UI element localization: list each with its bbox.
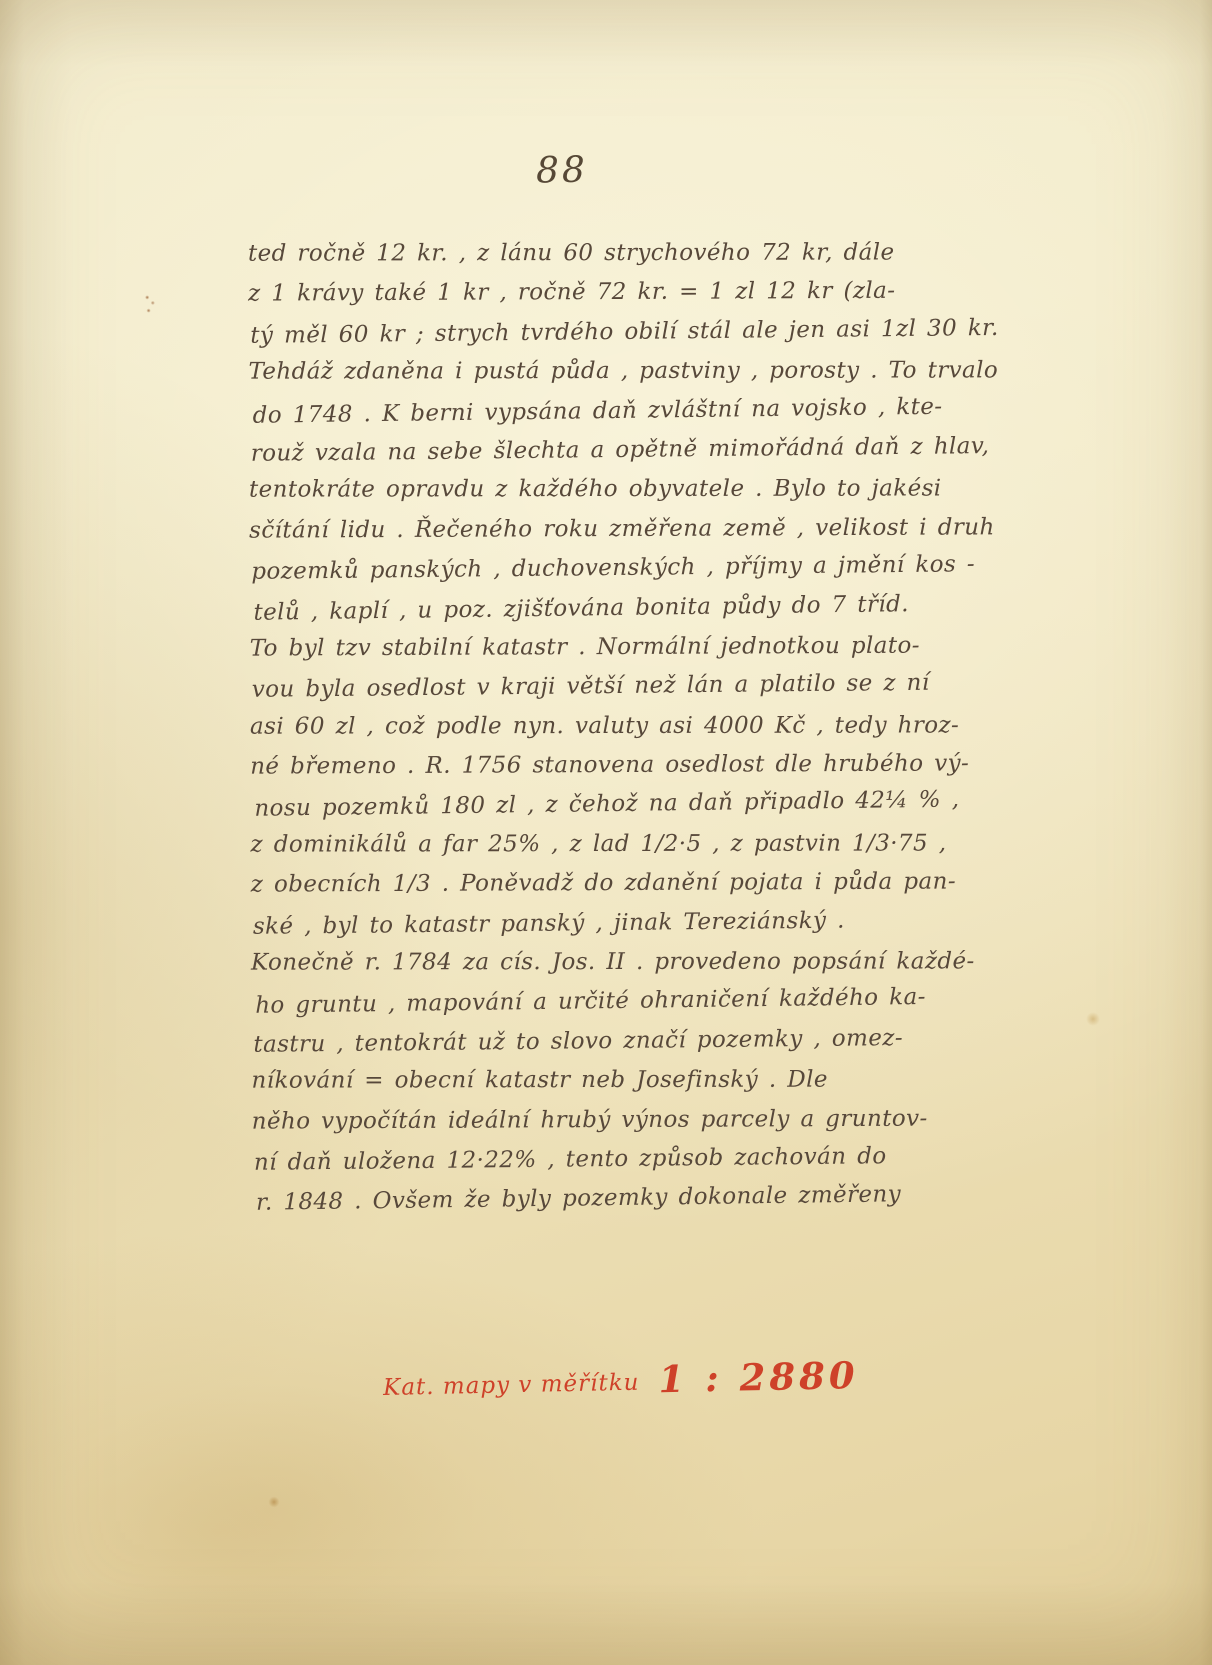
paper-stain (60, 1380, 480, 1640)
manuscript-line: tý měl 60 kr ; strych tvrdého obilí stál… (250, 309, 980, 356)
manuscript-line: něho vypočítán ideální hrubý výnos parce… (252, 1099, 982, 1142)
manuscript-line: z 1 krávy také 1 kr , ročně 72 kr. = 1 z… (248, 272, 978, 315)
map-scale-note-label: Kat. mapy v měřítku (383, 1370, 640, 1401)
manuscript-line: nosu pozemků 180 zl , z čehož na daň při… (254, 781, 984, 830)
manuscript-line: z dominikálů a far 25% , z lad 1/2·5 , z… (250, 824, 980, 865)
manuscript-line: ské , byl to katastr panský , jinak Tere… (253, 900, 983, 947)
manuscript-line: rouž vzala na sebe šlechta a opětně mimo… (251, 427, 981, 474)
foxing-spot (1085, 1012, 1101, 1026)
manuscript-line: tastru , tentokrát už to slovo značí poz… (253, 1018, 983, 1065)
manuscript-line: Tehdáž zdaněna i pustá půda , pastviny ,… (248, 352, 978, 393)
manuscript-text-block: ted ročně 12 kr. , z lánu 60 strychového… (248, 232, 982, 1220)
manuscript-page: 88 ted ročně 12 kr. , z lánu 60 strychov… (0, 0, 1212, 1665)
foxing-spot (143, 293, 157, 315)
manuscript-line: z obecních 1/3 . Poněvadž do zdanění poj… (251, 863, 981, 906)
manuscript-line: Konečně r. 1784 za cís. Jos. II . proved… (251, 942, 981, 983)
manuscript-line: níkování = obecní katastr neb Josefinský… (252, 1061, 982, 1102)
manuscript-line: sčítání lidu . Řečeného roku změřena zem… (249, 508, 979, 551)
foxing-spot (268, 1496, 280, 1508)
manuscript-line: asi 60 zl , což podle nyn. valuty asi 40… (250, 706, 980, 747)
page-number: 88 (536, 150, 589, 192)
manuscript-line: tentokráte opravdu z každého obyvatele .… (249, 470, 979, 511)
manuscript-line: ted ročně 12 kr. , z lánu 60 strychového… (248, 233, 978, 274)
manuscript-line: r. 1848 . Ovšem že byly pozemky dokonale… (256, 1175, 986, 1224)
map-scale-note: Kat. mapy v měřítku 1 : 2880 (383, 1353, 859, 1407)
manuscript-line: To byl tzv stabilní katastr . Normální j… (250, 626, 980, 669)
map-scale-note-value: 1 : 2880 (658, 1353, 859, 1401)
manuscript-line: vou byla osedlost v kraji větší než lán … (252, 663, 982, 710)
